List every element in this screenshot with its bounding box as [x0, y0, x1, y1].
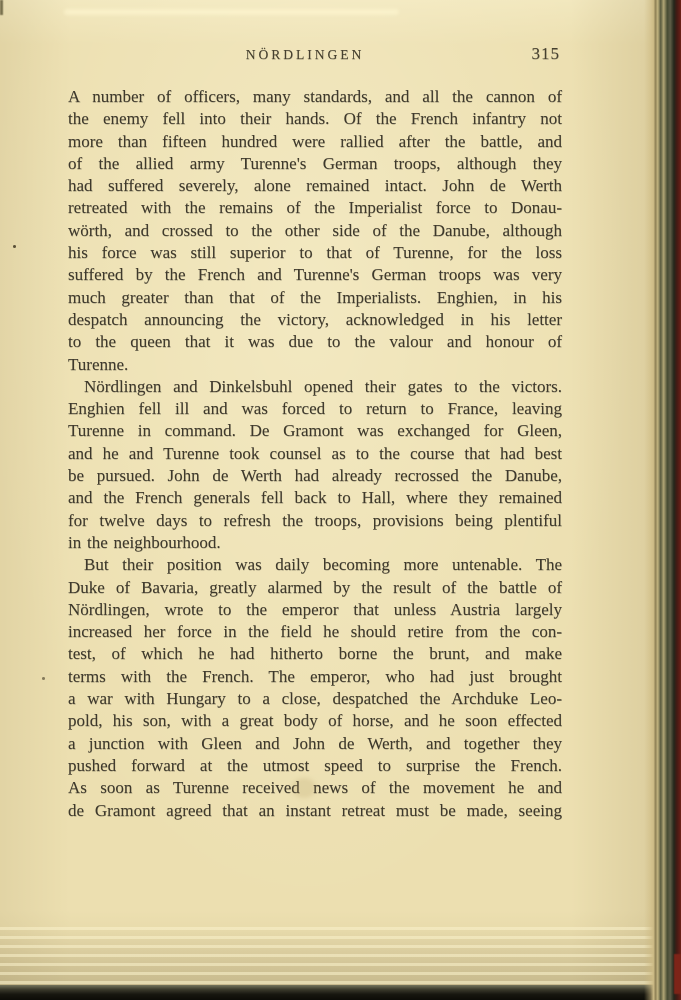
text-line: had suffered severely, alone remained in…	[68, 175, 562, 197]
scan-light-streak	[64, 9, 399, 15]
text-line: Turenne.	[68, 354, 562, 376]
text-line: of the allied army Turenne's German troo…	[68, 153, 562, 175]
text-line: a junction with Gleen and John de Werth,…	[68, 733, 562, 755]
text-line: terms with the French. The emperor, who …	[68, 666, 562, 688]
text-line: But their position was daily becoming mo…	[68, 554, 562, 576]
bottom-page-edges	[0, 927, 681, 985]
text-line: much greater than that of the Imperialis…	[68, 287, 562, 309]
text-line: de Gramont agreed that an instant retrea…	[68, 800, 562, 822]
text-line: and he and Turenne took counsel as to th…	[68, 443, 562, 465]
paper-blemish	[292, 778, 316, 798]
text-line: pold, his son, with a great body of hors…	[68, 710, 562, 732]
text-line: be pursued. John de Werth had already re…	[68, 465, 562, 487]
text-line: a war with Hungary to a close, despatche…	[68, 688, 562, 710]
text-line: his force was still superior to that of …	[68, 242, 562, 264]
body-text: A number of officers, many standards, an…	[68, 86, 562, 822]
text-line: in the neighbourhood.	[68, 532, 562, 554]
text-line: wörth, and crossed to the other side of …	[68, 220, 562, 242]
page-number: 315	[532, 44, 561, 64]
book-bottom-edge	[0, 985, 681, 1000]
text-line: Turenne in command. De Gramont was excha…	[68, 420, 562, 442]
text-line: to the queen that it was due to the valo…	[68, 331, 562, 353]
text-line: pushed forward at the utmost speed to su…	[68, 755, 562, 777]
text-line: the enemy fell into their hands. Of the …	[68, 108, 562, 130]
cover-red-corner	[674, 954, 681, 994]
text-line: retreated with the remains of the Imperi…	[68, 197, 562, 219]
text-line: test, of which he had hitherto borne the…	[68, 643, 562, 665]
scanned-book-page: NÖRDLINGEN 315 A number of officers, man…	[0, 0, 681, 1000]
text-line: suffered by the French and Turenne's Ger…	[68, 264, 562, 286]
text-line: Nördlingen and Dinkelsbuhl opened their …	[68, 376, 562, 398]
text-line: increased her force in the field he shou…	[68, 621, 562, 643]
text-line: more than fifteen hundred were rallied a…	[68, 131, 562, 153]
text-line: Duke of Bavaria, greatly alarmed by the …	[68, 577, 562, 599]
paper-speck	[42, 677, 45, 680]
chapter-title: NÖRDLINGEN	[58, 47, 552, 63]
book-right-edge	[644, 0, 681, 1000]
text-line: and the French generals fell back to Hal…	[68, 487, 562, 509]
paper-speck	[13, 245, 16, 248]
text-line: A number of officers, many standards, an…	[68, 86, 562, 108]
text-line: despatch announcing the victory, acknowl…	[68, 309, 562, 331]
text-line: Nördlingen, wrote to the emperor that un…	[68, 599, 562, 621]
running-head: NÖRDLINGEN 315	[68, 47, 562, 69]
text-line: Enghien fell ill and was forced to retur…	[68, 398, 562, 420]
scan-corner-mark	[0, 0, 3, 15]
text-line: for twelve days to refresh the troops, p…	[68, 510, 562, 532]
